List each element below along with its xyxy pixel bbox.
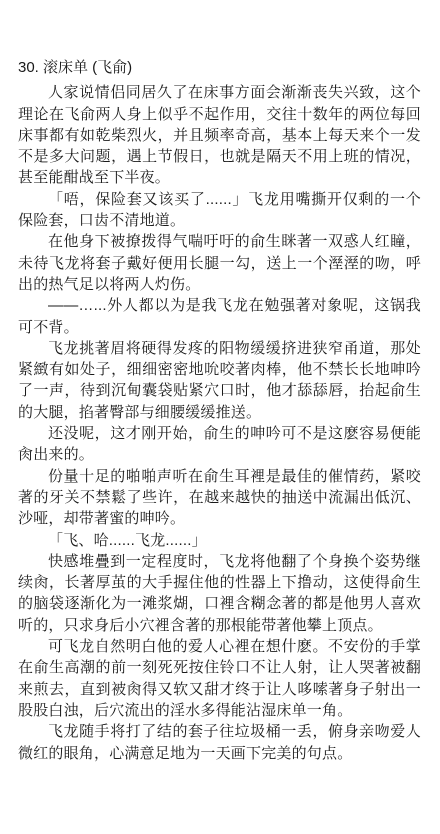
paragraph: 人家说情侣同居久了在床事方面会渐渐丧失兴致，这个理论在飞俞两人身上似乎不起作用，… [18,82,421,188]
paragraph: 可飞龙自然明白他的爱人心裡在想什麽。不安份的手掌在俞生高潮的前一刻死死按住铃口不… [18,636,421,721]
paragraph: 还没呢，这才刚开始，俞生的呻吟可不是这麽容易便能肏出来的。 [18,423,421,466]
paragraph: ——…...外人都以为是我飞龙在勉强著对象呢，这锅我可不背。 [18,295,421,338]
paragraph: 快感堆疊到一定程度时，飞龙将他翻了个身换个姿势继续肏，长著厚茧的大手握住他的性器… [18,551,421,636]
paragraph: 「飞、哈......飞龙......」 [18,530,421,551]
paragraph: 份量十足的啪啪声听在俞生耳裡是最佳的催情药，紧咬著的牙关不禁鬆了些许，在越来越快… [18,466,421,530]
reader-page: 30. 滚床单 (飞俞) 人家说情侣同居久了在床事方面会渐渐丧失兴致，这个理论在… [0,0,440,834]
paragraph: 飞龙随手将打了结的套子往垃圾桶一丢，俯身亲吻爱人微红的眼角，心满意足地为一天画下… [18,721,421,764]
paragraph: 在他身下被撩拨得气喘吁吁的俞生眯著一双惑人红瞳，未待飞龙将套子戴好便用长腿一勾，… [18,231,421,295]
paragraph: 「唔，保险套又该买了......」飞龙用嘴撕开仅剩的一个保险套，口齿不清地道。 [18,189,421,232]
paragraph: 飞龙挑著眉将硬得发疼的阳物缓缓挤进狭窄甬道，那处紧緻有如处子，细细密密地吮咬著肉… [18,338,421,423]
chapter-title: 30. 滚床单 (飞俞) [18,57,421,78]
